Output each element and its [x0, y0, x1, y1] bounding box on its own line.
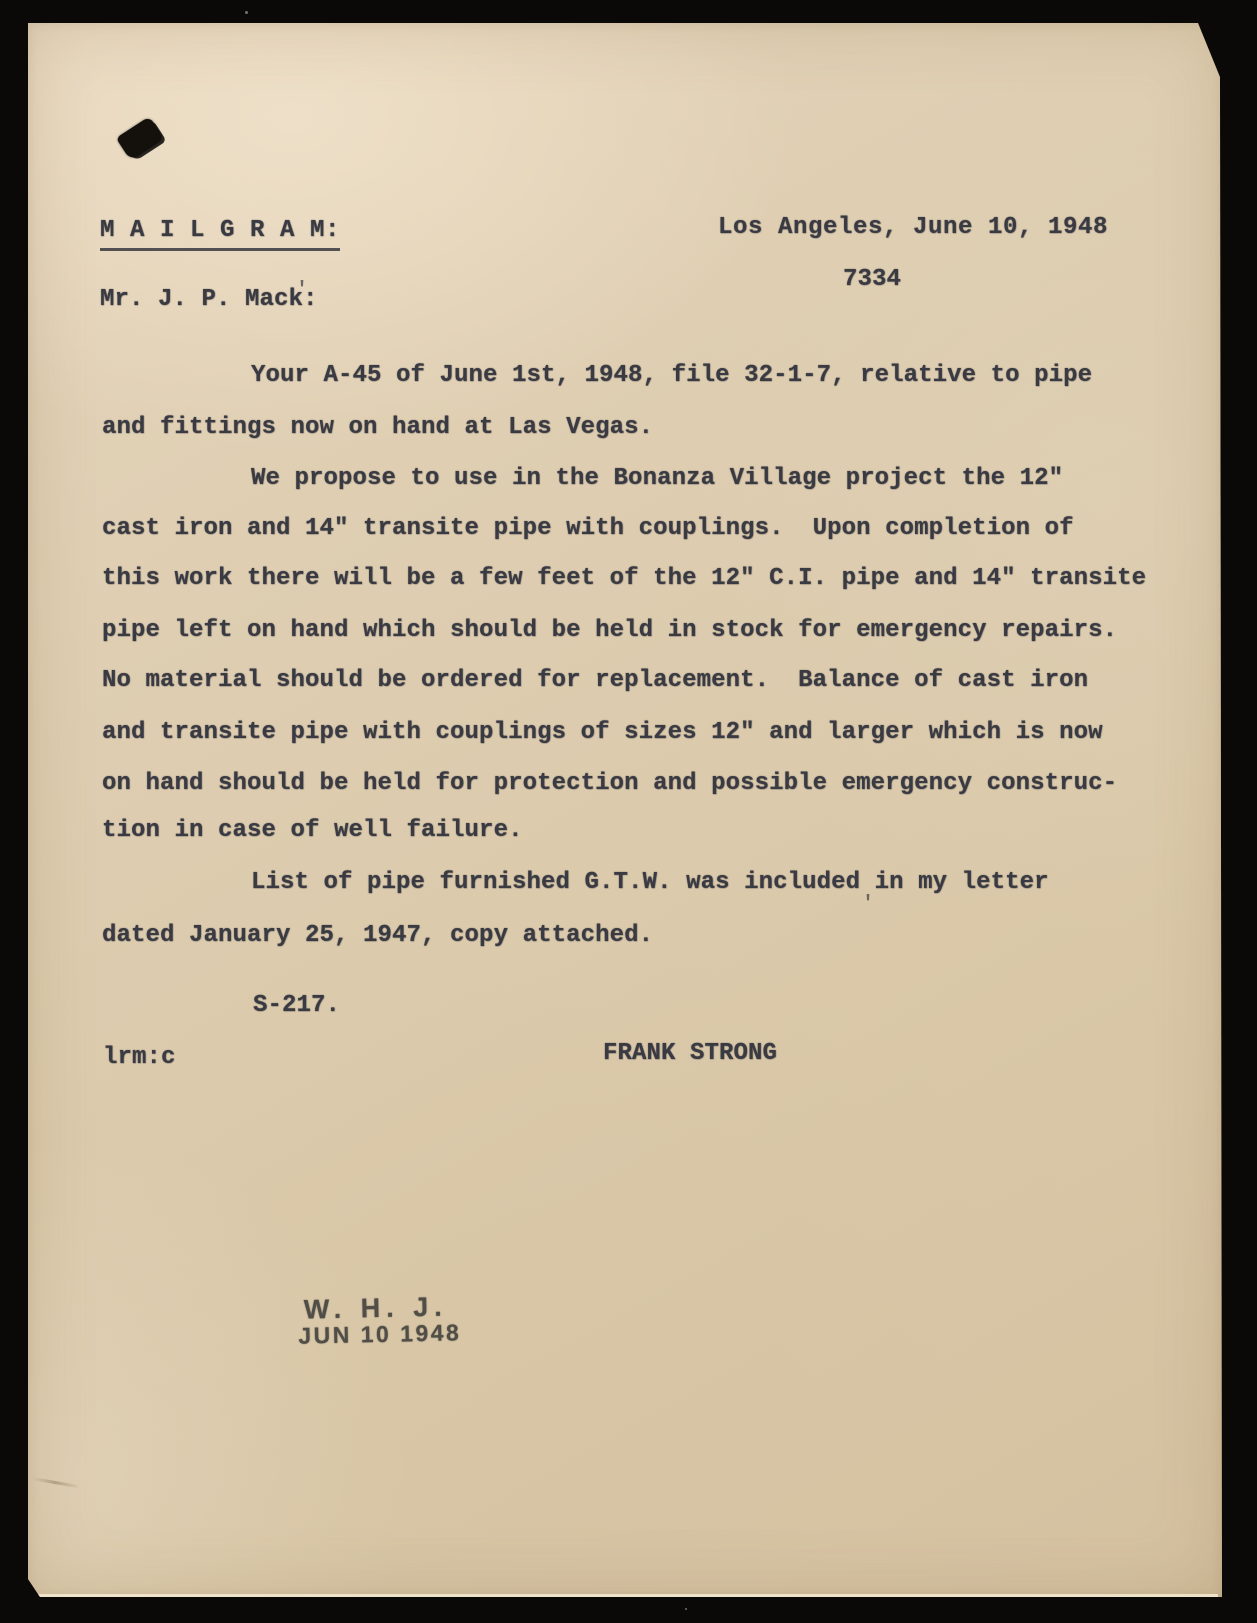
body-line: tion in case of well failure.	[102, 815, 523, 846]
stray-ink-mark: '	[862, 895, 874, 915]
dateline: Los Angeles, June 10, 1948	[718, 212, 1108, 243]
body-line: this work there will be a few feet of th…	[102, 563, 1146, 594]
body-line: dated January 25, 1947, copy attached.	[102, 920, 653, 951]
received-stamp: W. H. J. JUN 10 1948	[297, 1293, 461, 1347]
body-line: Your A-45 of June 1st, 1948, file 32-1-7…	[251, 360, 1092, 391]
body-line: and fittings now on hand at Las Vegas.	[102, 412, 653, 443]
body-line: cast iron and 14" transite pipe with cou…	[102, 513, 1074, 544]
body-line: on hand should be held for protection an…	[102, 768, 1117, 799]
signature-name: FRANK STRONG	[603, 1038, 777, 1069]
typist-initials: lrm:c	[103, 1042, 176, 1073]
dust-speck	[685, 1608, 687, 1610]
body-line: and transite pipe with couplings of size…	[102, 717, 1103, 748]
scanned-document: M A I L G R A M: Los Angeles, June 10, 1…	[0, 0, 1257, 1623]
paper-bottom-edge	[38, 1594, 1218, 1597]
stray-ink-mark: '	[296, 281, 308, 301]
paper-crease	[32, 1477, 78, 1488]
body-line: List of pipe furnished G.T.W. was includ…	[251, 867, 1049, 898]
letter-number: 7334	[843, 264, 901, 295]
mailgram-heading: M A I L G R A M:	[100, 215, 340, 251]
reference-number: S-217.	[253, 990, 340, 1021]
salutation: Mr. J. P. Mack:	[100, 284, 318, 315]
body-line: We propose to use in the Bonanza Village…	[251, 463, 1063, 494]
letter-page: M A I L G R A M: Los Angeles, June 10, 1…	[28, 23, 1222, 1597]
dust-speck	[245, 11, 248, 14]
body-line: No material should be ordered for replac…	[102, 665, 1088, 696]
ink-blot	[116, 116, 164, 160]
body-line: pipe left on hand which should be held i…	[102, 615, 1117, 646]
stamp-date: JUN 10 1948	[298, 1320, 462, 1347]
